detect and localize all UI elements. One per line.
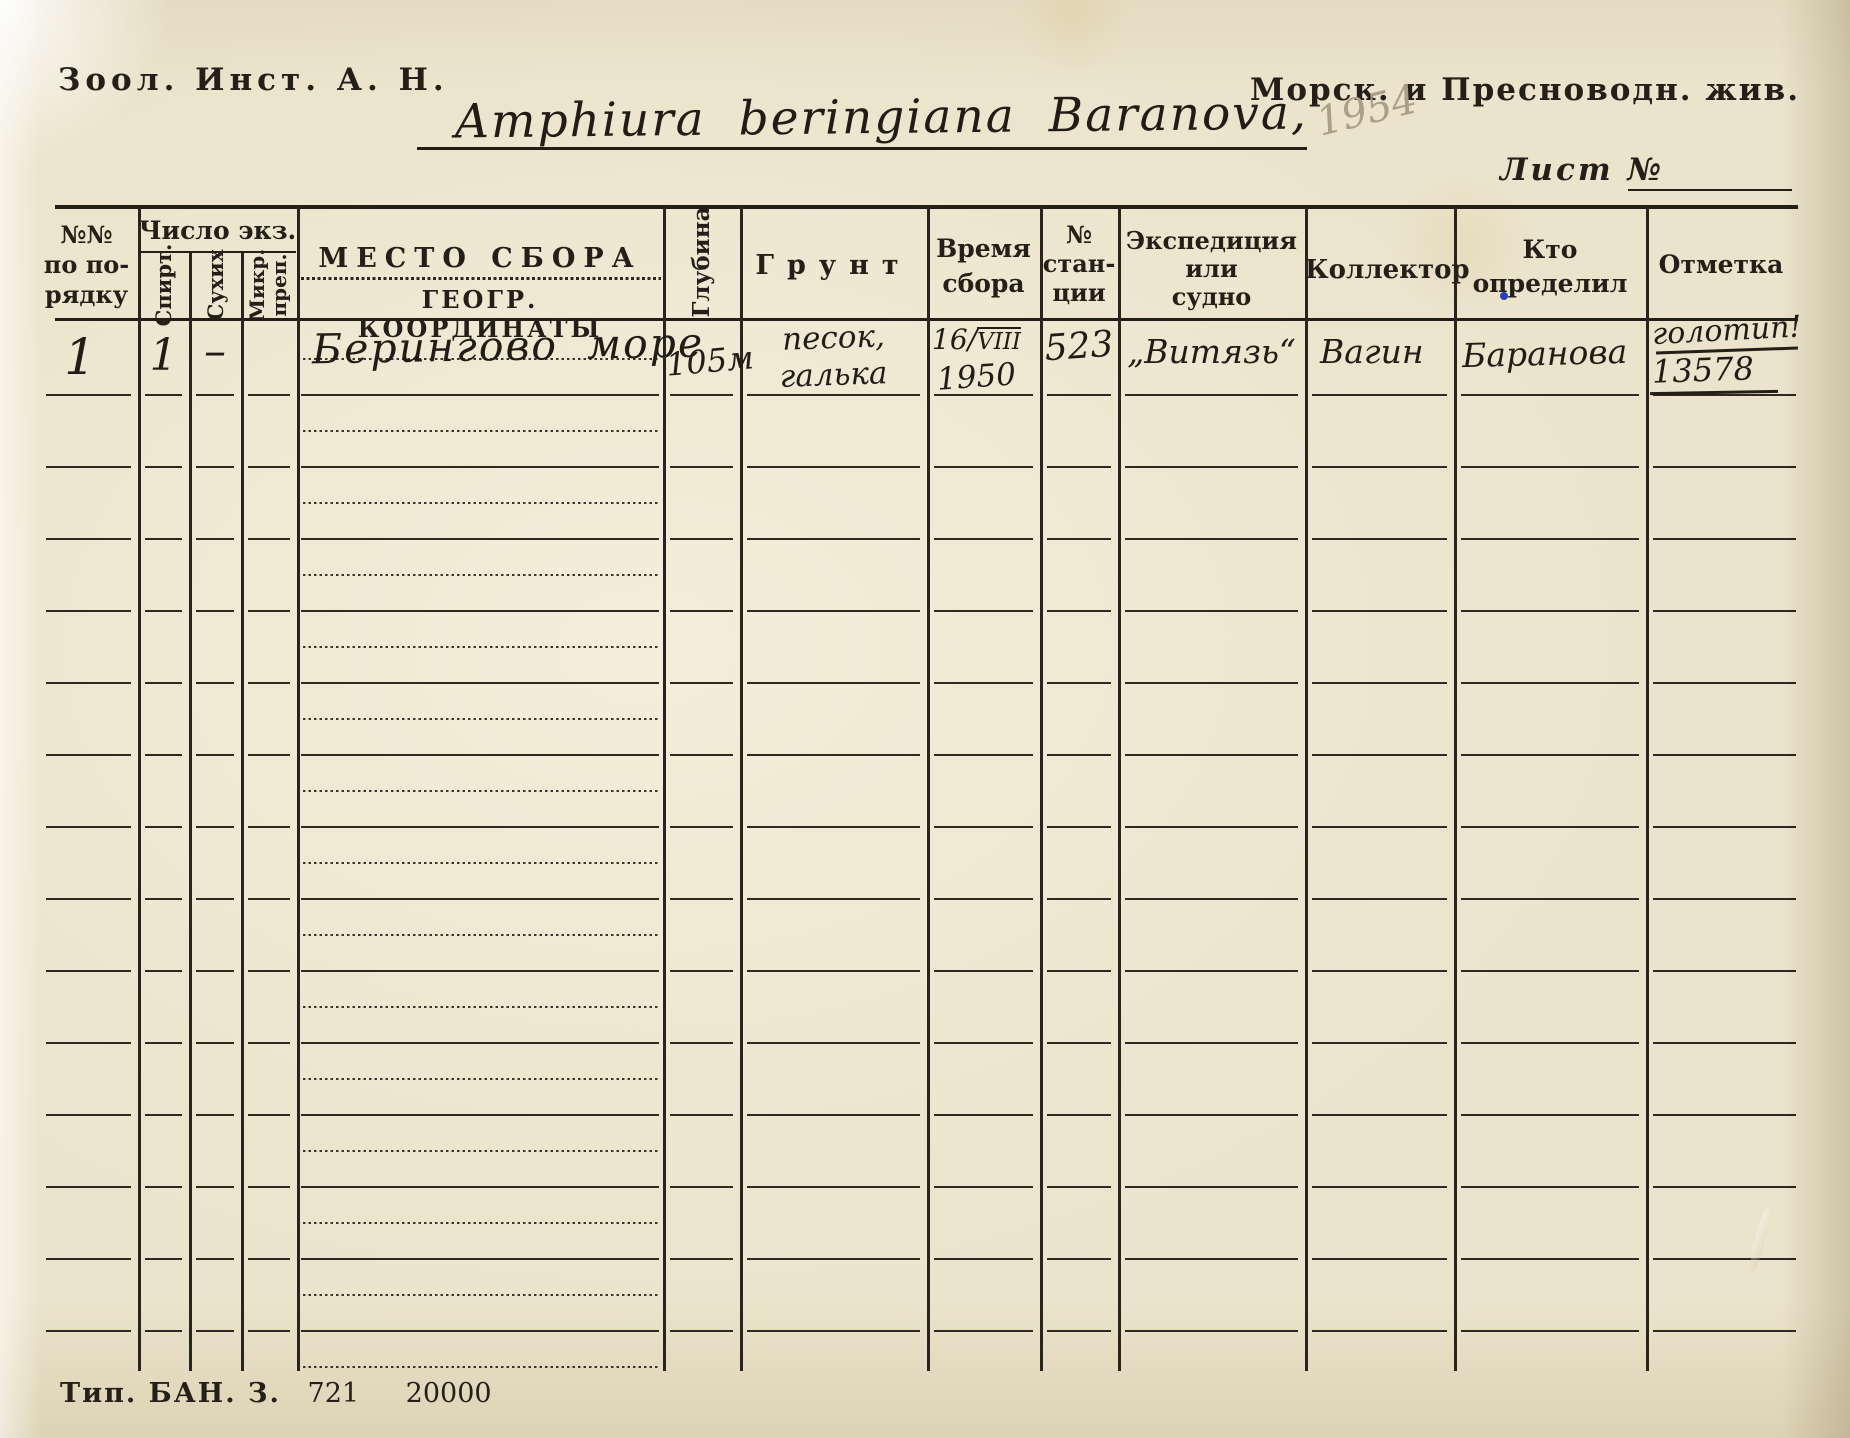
row-separator (670, 754, 733, 756)
row-separator (145, 1114, 182, 1116)
row-separator (934, 826, 1033, 828)
row-separator (1312, 898, 1447, 900)
row-separator (145, 898, 182, 900)
row-separator (934, 1258, 1033, 1260)
row-separator (248, 1042, 290, 1044)
row-separator (747, 1042, 920, 1044)
row-separator (46, 970, 131, 972)
row-separator (1125, 610, 1298, 612)
row-separator (747, 466, 920, 468)
row-separator (670, 898, 733, 900)
row-separator (301, 826, 659, 828)
cell-place: Берингово море (312, 319, 705, 374)
row-separator (1125, 538, 1298, 540)
row-separator (145, 754, 182, 756)
row-separator (1312, 754, 1447, 756)
row-separator (301, 466, 659, 468)
species-title: Amphiura beringiana Baranova, (455, 86, 1308, 150)
row-separator (1047, 610, 1111, 612)
row-separator (46, 1258, 131, 1260)
row-separator (248, 610, 290, 612)
row-separator (1125, 466, 1298, 468)
row-separator (1125, 1186, 1298, 1188)
row-separator (145, 1330, 182, 1332)
row-separator (1461, 538, 1639, 540)
coords-dotted-line (303, 1078, 659, 1080)
row-separator (1653, 1042, 1796, 1044)
row-separator (747, 1258, 920, 1260)
row-separator (145, 1042, 182, 1044)
row-separator (248, 826, 290, 828)
coords-dotted-line (303, 430, 659, 432)
row-separator (1047, 682, 1111, 684)
row-separator (670, 970, 733, 972)
row-separator (1125, 1330, 1298, 1332)
blue-ink-dot (1500, 292, 1508, 300)
row-separator (1653, 826, 1796, 828)
row-separator (1653, 754, 1796, 756)
row-separator (1461, 1258, 1639, 1260)
row-separator (301, 1186, 659, 1188)
row-separator (934, 610, 1033, 612)
row-separator (1047, 538, 1111, 540)
row-separator (670, 466, 733, 468)
row-separator (1312, 610, 1447, 612)
row-separator (1312, 970, 1447, 972)
row-separator (196, 538, 234, 540)
row-separator (1312, 466, 1447, 468)
row-separator (196, 394, 234, 396)
row-separator (670, 610, 733, 612)
row-separator (934, 538, 1033, 540)
cell-spirit-count: 1 (138, 330, 189, 381)
row-separator (1653, 1330, 1796, 1332)
row-separator (934, 1042, 1033, 1044)
row-separator (1461, 1042, 1639, 1044)
row-separator (670, 826, 733, 828)
row-separator (1461, 466, 1639, 468)
cell-order-no: 1 (45, 328, 115, 386)
row-separator (248, 898, 290, 900)
column-header-ground: Грунт (740, 250, 927, 281)
row-separator (1125, 970, 1298, 972)
row-separator (145, 1258, 182, 1260)
row-separator (46, 682, 131, 684)
row-separator (301, 682, 659, 684)
row-separator (1312, 1042, 1447, 1044)
sheet-number-underline (1628, 189, 1792, 191)
row-separator (1461, 682, 1639, 684)
row-separator (1047, 1258, 1111, 1260)
row-separator (1461, 1114, 1639, 1116)
row-separator (934, 1330, 1033, 1332)
column-header-expedition: Экспедиция или судно (1118, 227, 1305, 311)
row-separator (145, 394, 182, 396)
column-header-depth: Глубина (686, 210, 716, 314)
row-separator (1125, 1042, 1298, 1044)
row-separator (747, 898, 920, 900)
cell-ground: песок, галька (740, 320, 927, 394)
row-separator (301, 1114, 659, 1116)
row-separator (670, 1042, 733, 1044)
row-separator (1047, 898, 1111, 900)
row-separator (1125, 754, 1298, 756)
footer-imprint: Тип. БАН. З. 721 20000 (60, 1378, 492, 1409)
coords-dotted-line (303, 1222, 659, 1224)
row-separator (46, 826, 131, 828)
coords-dotted-line (303, 1294, 659, 1296)
row-separator (934, 970, 1033, 972)
column-header-time: Время сбора (927, 231, 1040, 301)
row-separator (670, 1114, 733, 1116)
row-separator (248, 970, 290, 972)
row-separator (1653, 466, 1796, 468)
row-separator (747, 826, 920, 828)
row-separator (1312, 1258, 1447, 1260)
row-separator (248, 1186, 290, 1188)
row-separator (670, 538, 733, 540)
row-separator (196, 466, 234, 468)
coords-dotted-line (303, 934, 659, 936)
row-separator (1461, 970, 1639, 972)
row-separator (301, 1330, 659, 1332)
row-separator (670, 394, 733, 396)
row-separator (934, 754, 1033, 756)
imprint-order: 721 (308, 1378, 360, 1409)
row-separator (301, 1042, 659, 1044)
row-separator (1312, 1330, 1447, 1332)
column-header-micro: Микр. преп. (245, 254, 291, 316)
row-separator (1125, 394, 1298, 396)
row-separator (248, 754, 290, 756)
row-separator (46, 394, 131, 396)
row-separator (747, 538, 920, 540)
coords-dotted-line (303, 646, 659, 648)
row-separator (1047, 754, 1111, 756)
row-separator (145, 538, 182, 540)
row-separator (248, 682, 290, 684)
column-divider (138, 207, 141, 1371)
date-month-roman: VIII (977, 329, 1021, 355)
row-separator (747, 1330, 920, 1332)
column-header-mark: Отметка (1646, 250, 1796, 279)
cell-station: 523 (1039, 323, 1120, 369)
row-separator (248, 394, 290, 396)
row-separator (1461, 610, 1639, 612)
row-separator (1461, 826, 1639, 828)
column-divider (241, 253, 244, 1371)
cell-expedition: „Витязь“ (1118, 332, 1305, 371)
row-separator (1125, 1114, 1298, 1116)
row-separator (145, 466, 182, 468)
row-separator (46, 754, 131, 756)
row-separator (196, 754, 234, 756)
row-separator (1125, 826, 1298, 828)
sheet-number-label: Лист № (1500, 152, 1664, 188)
row-separator (1125, 898, 1298, 900)
row-separator (1312, 826, 1447, 828)
row-separator (1653, 1258, 1796, 1260)
row-separator (196, 1258, 234, 1260)
row-separator (1653, 538, 1796, 540)
row-separator (1047, 1114, 1111, 1116)
species-underline (417, 147, 1307, 150)
column-header-order-no: №№ по по- рядку (35, 220, 138, 310)
row-separator (1125, 1258, 1298, 1260)
row-separator (46, 1186, 131, 1188)
row-separator (46, 1330, 131, 1332)
row-separator (46, 1042, 131, 1044)
row-separator (248, 1258, 290, 1260)
row-separator (248, 1330, 290, 1332)
cell-dry-count: – (189, 326, 241, 377)
row-separator (1461, 394, 1639, 396)
row-separator (301, 1258, 659, 1260)
coords-dotted-line (303, 718, 659, 720)
row-separator (1653, 970, 1796, 972)
row-separator (1653, 682, 1796, 684)
row-separator (1461, 754, 1639, 756)
row-separator (196, 826, 234, 828)
row-separator (301, 610, 659, 612)
row-separator (46, 466, 131, 468)
column-header-determiner: Кто определил (1454, 233, 1646, 301)
row-separator (196, 1186, 234, 1188)
row-separator (747, 1186, 920, 1188)
row-separator (1312, 1114, 1447, 1116)
coords-dotted-line (303, 1150, 659, 1152)
cell-determiner: Баранова (1462, 332, 1628, 375)
column-divider (663, 207, 666, 1371)
row-separator (248, 466, 290, 468)
row-separator (301, 970, 659, 972)
row-separator (670, 682, 733, 684)
row-separator (196, 1330, 234, 1332)
row-separator (1312, 394, 1447, 396)
row-separator (1047, 970, 1111, 972)
row-separator (145, 970, 182, 972)
column-header-collector: Коллектор (1305, 255, 1454, 285)
row-separator (747, 754, 920, 756)
column-header-count-group: Число экз. (138, 216, 297, 245)
row-separator (196, 610, 234, 612)
row-separator (1125, 682, 1298, 684)
cell-date: 16/VIII 1950 (920, 322, 1033, 395)
row-separator (196, 1114, 234, 1116)
row-separator (1047, 394, 1111, 396)
row-separator (1047, 1186, 1111, 1188)
coords-dotted-line (303, 862, 659, 864)
column-divider (1454, 207, 1457, 1371)
row-separator (46, 898, 131, 900)
row-separator (46, 538, 131, 540)
row-separator (301, 754, 659, 756)
row-separator (248, 1114, 290, 1116)
coords-dotted-line (303, 790, 659, 792)
column-divider (297, 207, 300, 1371)
row-separator (934, 466, 1033, 468)
row-separator (934, 1186, 1033, 1188)
coords-dotted-line (303, 574, 659, 576)
row-separator (145, 1186, 182, 1188)
row-separator (1312, 538, 1447, 540)
row-separator (145, 610, 182, 612)
column-header-spirit: Спирт. (150, 243, 176, 327)
row-separator (301, 394, 659, 396)
row-separator (934, 1114, 1033, 1116)
imprint-press: Тип. БАН. З. (60, 1378, 281, 1409)
row-separator (934, 898, 1033, 900)
row-separator (1312, 682, 1447, 684)
column-divider (1040, 207, 1043, 1371)
row-separator (1047, 1330, 1111, 1332)
row-separator (747, 610, 920, 612)
row-separator (747, 1114, 920, 1116)
row-separator (248, 538, 290, 540)
coords-dotted-line (303, 1006, 659, 1008)
row-separator (1461, 1330, 1639, 1332)
row-separator (301, 898, 659, 900)
row-separator (145, 826, 182, 828)
row-separator (670, 1258, 733, 1260)
coords-dotted-line (303, 1366, 659, 1368)
row-separator (934, 682, 1033, 684)
row-separator (1653, 898, 1796, 900)
paper-crease (1747, 1205, 1774, 1275)
row-separator (1653, 1186, 1796, 1188)
row-separator (46, 1114, 131, 1116)
column-header-dry: Сухих (202, 243, 228, 327)
row-separator (1461, 898, 1639, 900)
column-header-station: № стан- ции (1040, 220, 1118, 307)
row-separator (46, 610, 131, 612)
column-divider (1646, 207, 1649, 1371)
row-separator (145, 682, 182, 684)
column-divider (1118, 207, 1121, 1371)
row-separator (1461, 1186, 1639, 1188)
column-divider (1305, 207, 1308, 1371)
row-separator (1047, 466, 1111, 468)
row-separator (1047, 826, 1111, 828)
row-separator (1653, 1114, 1796, 1116)
row-separator (1047, 1042, 1111, 1044)
specimen-card-page: Зоол. Инст. А. Н. Морск. и Пресноводн. ж… (0, 0, 1850, 1438)
row-separator (670, 1186, 733, 1188)
column-divider (189, 253, 192, 1371)
row-separator (1653, 610, 1796, 612)
imprint-copies: 20000 (406, 1378, 492, 1409)
row-separator (196, 682, 234, 684)
coords-dotted-line (303, 502, 659, 504)
cell-collector: Вагин (1320, 332, 1424, 371)
row-separator (1312, 1186, 1447, 1188)
row-separator (747, 970, 920, 972)
row-separator (196, 898, 234, 900)
row-separator (196, 970, 234, 972)
row-separator (747, 682, 920, 684)
institution-label: Зоол. Инст. А. Н. (58, 62, 449, 98)
row-separator (196, 1042, 234, 1044)
row-separator (670, 1330, 733, 1332)
row-separator (301, 538, 659, 540)
